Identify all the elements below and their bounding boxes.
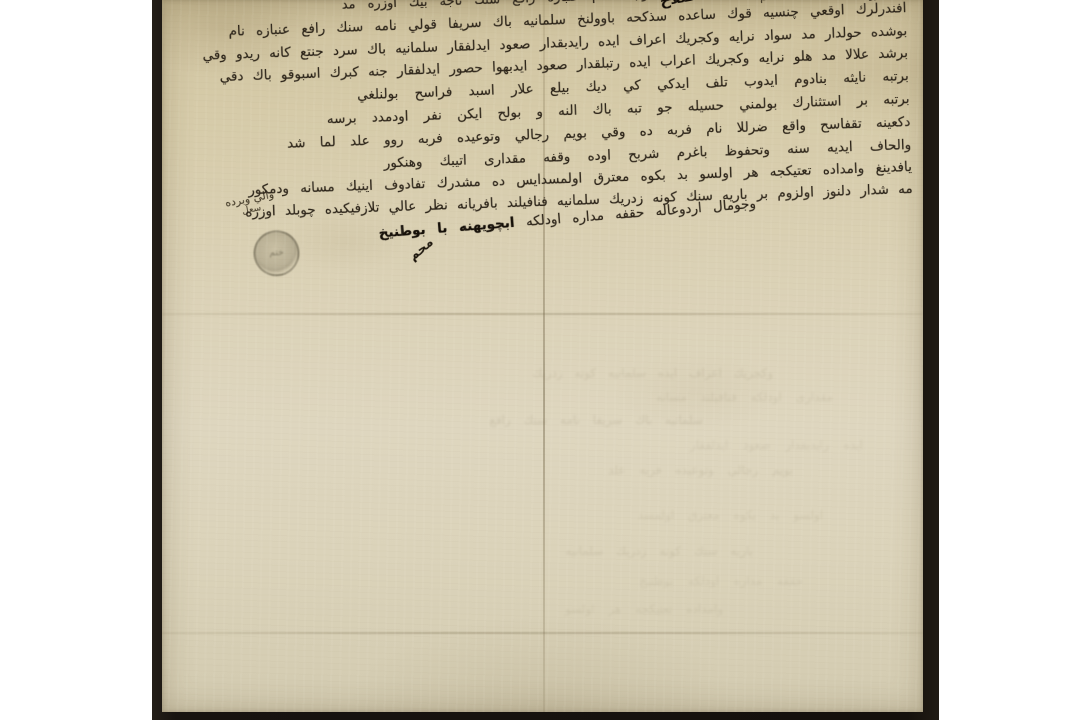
manuscript-paper-sheet: وكجريك اعراف ايده سلمانيه كونه زدريكمقدا… (162, 0, 923, 712)
page-background: { "scene": { "description": "Scanned his… (0, 0, 1080, 720)
signature-flourish: محم (406, 235, 437, 264)
header-annotation: الم (759, 0, 773, 4)
handwritten-text-block: والي وبرده سعل ختم محم هو اوررده كاتبه ش… (162, 0, 923, 712)
document-photo-black-mount: وكجريك اعراف ايده سلمانيه كونه زدريكمقدا… (152, 0, 939, 720)
